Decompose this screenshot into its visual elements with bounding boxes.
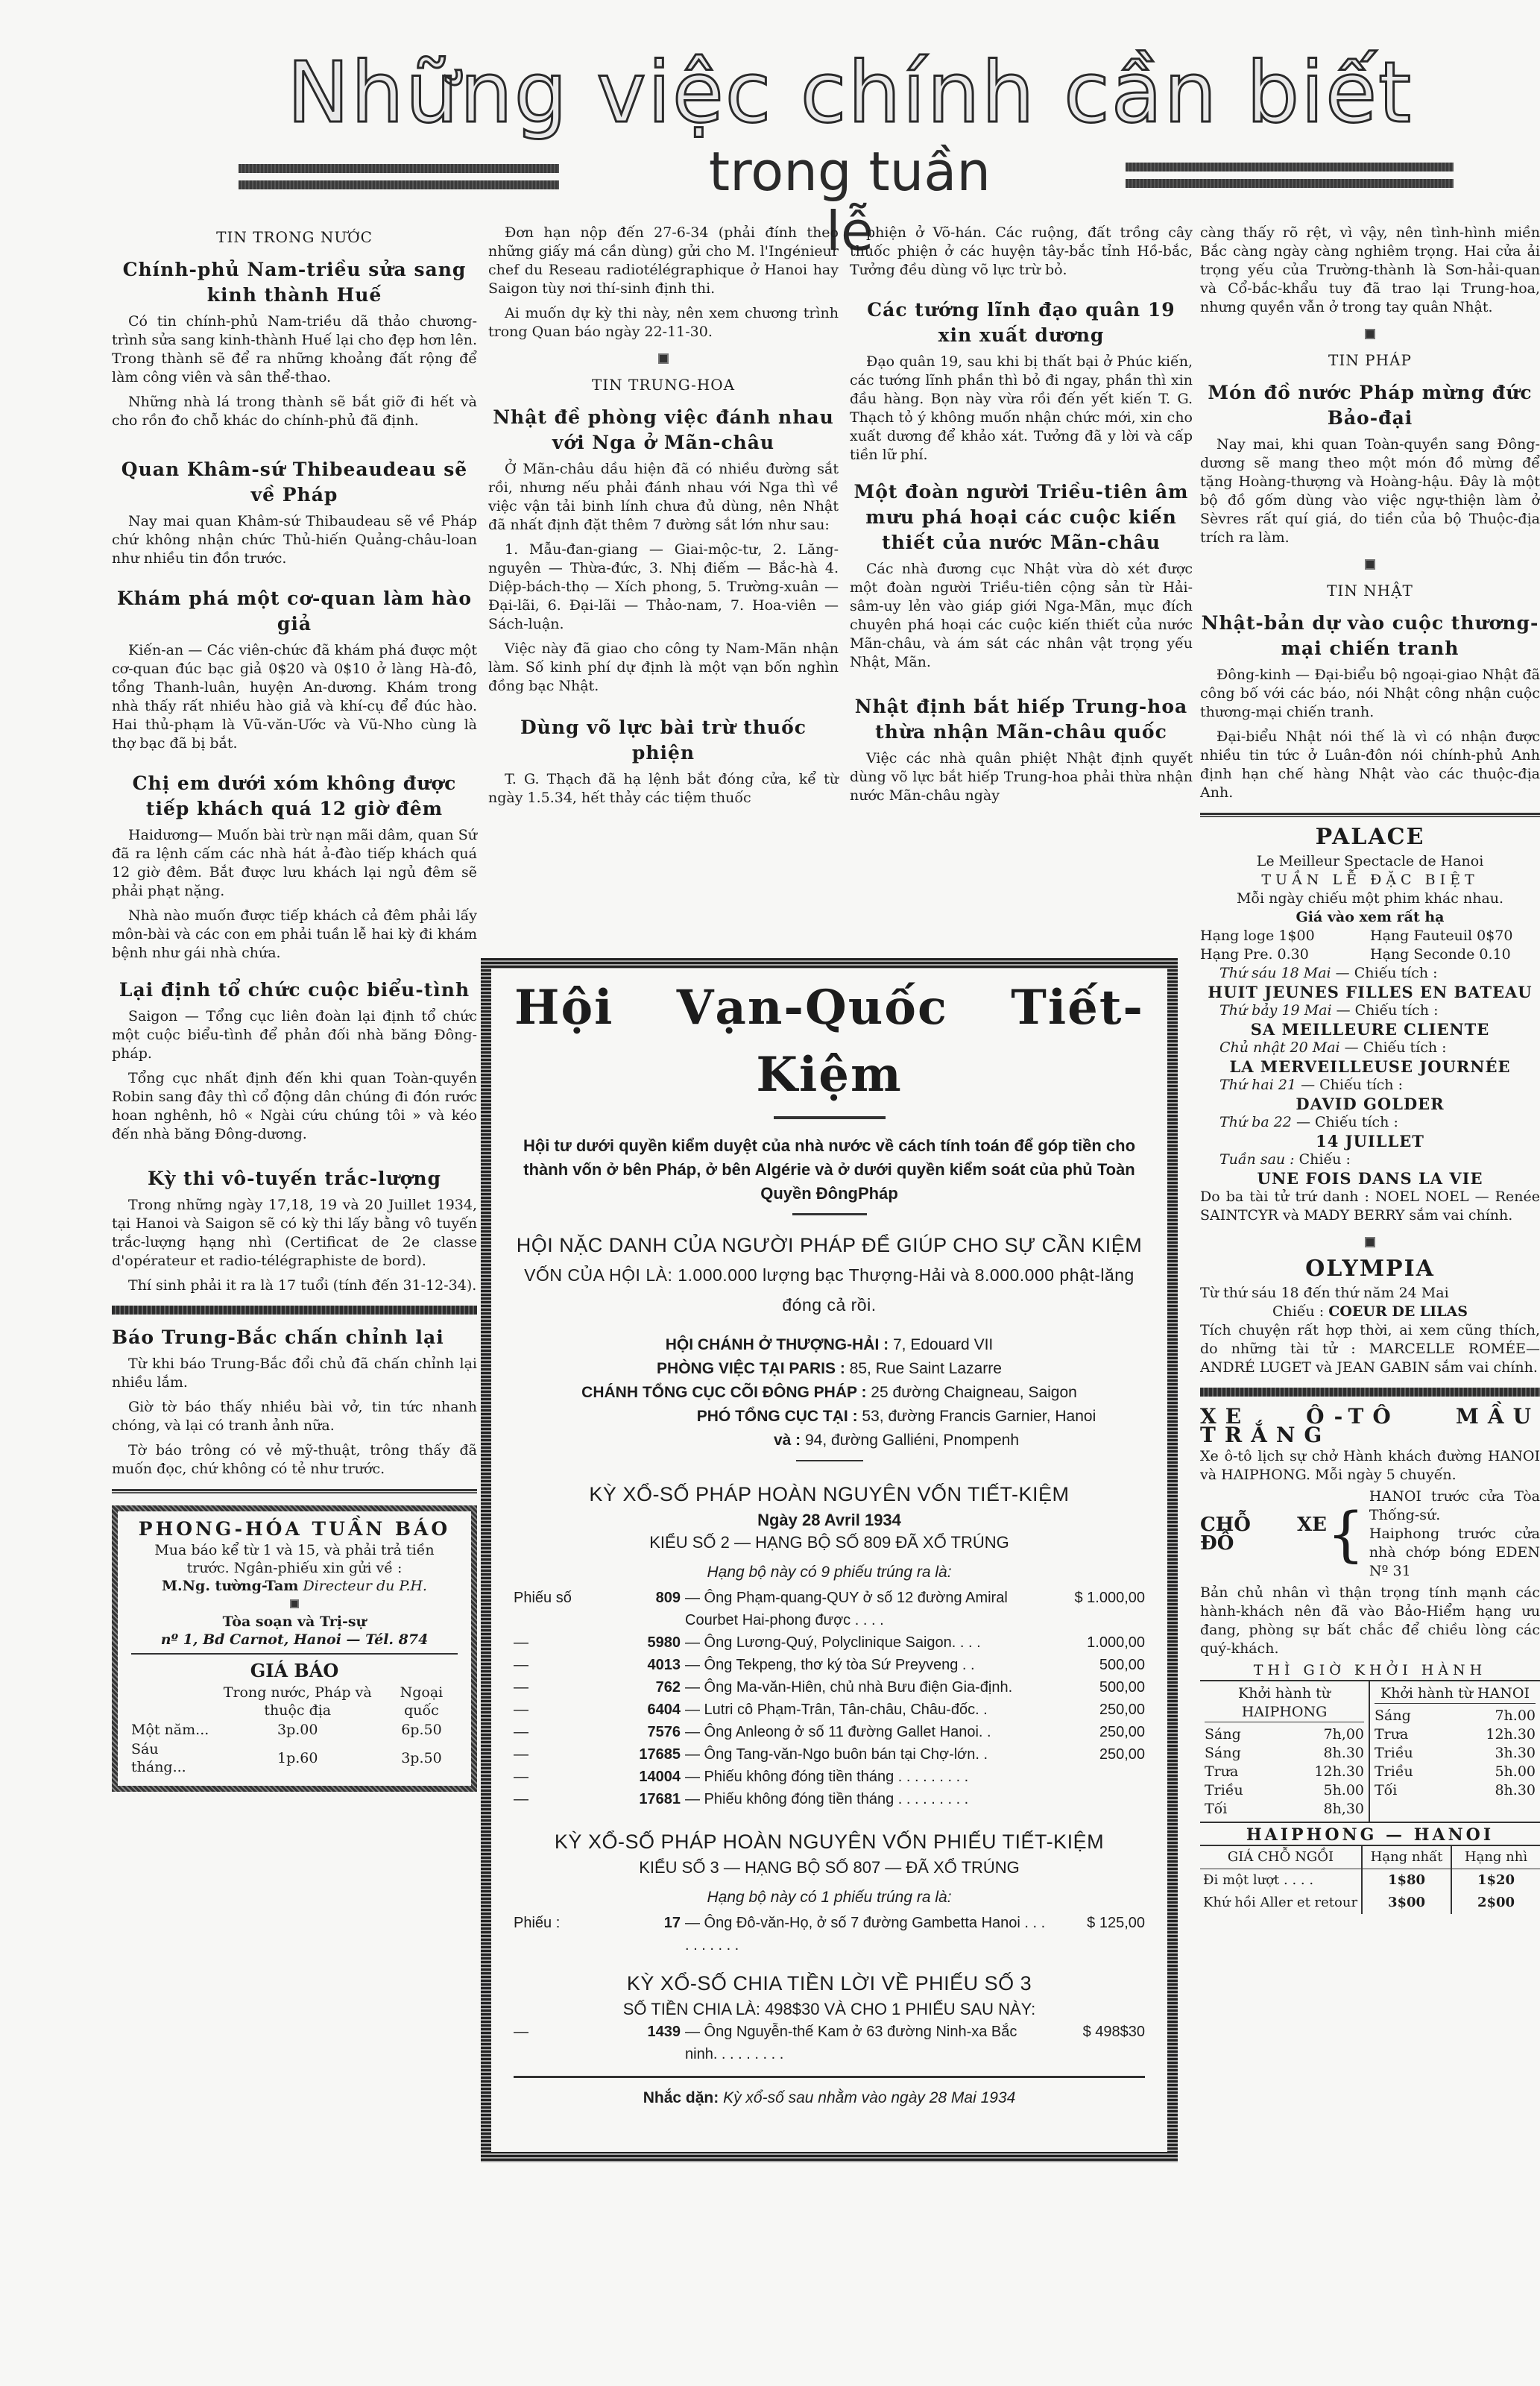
schedule-title: THÌ GIỜ KHỞI HÀNH xyxy=(1200,1661,1540,1681)
ornament-line xyxy=(774,1116,886,1119)
article-headline: Chị em dưới xóm không được tiếp khách qu… xyxy=(112,771,477,822)
screening: Tuần sau : Chiếu : UNE FOIS DANS LA VIE xyxy=(1200,1150,1540,1188)
winner-row: —7576— Ông Anleong ở số 11 đường Gallet … xyxy=(514,1721,1145,1743)
schedule-period: Tối xyxy=(1205,1800,1227,1819)
article-paragraph: Giờ tờ báo thấy nhiều bài vở, tin tức nh… xyxy=(112,1398,477,1435)
film-title: SA MEILLEURE CLIENTE xyxy=(1200,1020,1540,1039)
schedule-time: 8h.30 xyxy=(1323,1744,1364,1763)
ornament-icon xyxy=(290,1599,299,1608)
cinema-title: OLYMPIA xyxy=(1200,1259,1540,1278)
article-paragraph: Nhà nào muốn được tiếp khách cả đêm phải… xyxy=(112,907,477,963)
ornament-line xyxy=(796,1460,863,1461)
lottery-title: KỲ XỔ-SỐ CHIA TIỀN LỜI VỀ PHIẾU SỐ 3 xyxy=(514,1968,1145,1998)
winner-number: 1439 xyxy=(573,2021,685,2065)
article-paragraph: Việc các nhà quân phiệt Nhật định quyết … xyxy=(850,749,1193,805)
address-label: PHÓ TỔNG CỤC TẠI : xyxy=(697,1408,858,1425)
column-china-news-cont: phiện ở Võ-hán. Các ruộng, đất trồng cây… xyxy=(850,224,1193,811)
masthead-rule xyxy=(239,180,559,189)
winner-amount: 250,00 xyxy=(1048,1743,1145,1766)
schedule-period: Triều xyxy=(1375,1744,1413,1763)
olympia-cinema-ad: OLYMPIA Từ thứ sáu 18 đến thứ năm 24 Mai… xyxy=(1200,1259,1540,1377)
address-value: 53, đường Francis Garnier, Hanoi xyxy=(862,1408,1096,1425)
price-header: Ngoại quốc xyxy=(385,1683,458,1720)
article-paragraph: Tổng cục nhất định đến khi quan Toàn-quy… xyxy=(112,1069,477,1144)
winner-desc: — Ông Đô-văn-Họ, ở số 7 đường Gambetta H… xyxy=(685,1912,1048,1957)
screening: Thứ sáu 18 Mai — Chiếu tích : HUIT JEUNE… xyxy=(1200,964,1540,1001)
winner-amount: $ 1.000,00 xyxy=(1048,1587,1145,1631)
winner-number: 762 xyxy=(573,1676,685,1699)
price-label: Sáu tháng... xyxy=(131,1740,210,1777)
address-value: 7, Edouard VII xyxy=(893,1336,993,1353)
winner-desc: — Ông Phạm-quang-QUY ở số 12 đường Amira… xyxy=(685,1587,1048,1631)
route-title: HAIPHONG — HANOI xyxy=(1200,1826,1540,1846)
article-headline: Một đoàn người Triều-tiên âm mưu phá hoạ… xyxy=(850,479,1193,555)
article-paragraph: Đại-biểu Nhật nói thế là vì có nhận được… xyxy=(1200,728,1540,802)
article-paragraph: Thí sinh phải it ra là 17 tuổi (tính đến… xyxy=(112,1277,477,1295)
bus-insurance: Bản chủ nhân vì thận trọng tính mạnh các… xyxy=(1200,1584,1540,1658)
article-headline: Lại định tổ chức cuộc biểu-tình xyxy=(112,978,477,1003)
schedule-time: 8h.30 xyxy=(1495,1781,1536,1800)
winner-desc: — Ông Tang-văn-Ngo buôn bán tại Chợ-lớn.… xyxy=(685,1743,1048,1766)
winner-label: — xyxy=(514,1676,573,1699)
schedule-period: Triều xyxy=(1205,1781,1243,1800)
winner-desc: — Ông Lương-Quý, Polyclinique Saigon. . … xyxy=(685,1631,1048,1654)
cinema-prices: Hạng loge 1$00 Hạng Fauteuil 0$70 Hạng P… xyxy=(1200,927,1540,964)
lottery-title: KỲ XỔ-SỐ PHÁP HOÀN NGUYÊN VỐN TIẾT-KIỆM xyxy=(514,1479,1145,1509)
winner-desc: — Phiếu không đóng tiền tháng . . . . . … xyxy=(685,1788,1048,1810)
article: Chị em dưới xóm không được tiếp khách qu… xyxy=(112,771,477,963)
schedule-time: 5h.00 xyxy=(1495,1763,1536,1781)
cinema-desc: Tích chuyện rất hợp thời, ai xem cũng th… xyxy=(1200,1321,1540,1377)
address-label: PHÒNG VIỆC TẠI PARIS : xyxy=(657,1360,845,1377)
cinema-daily: Mỗi ngày chiếu một phim khác nhau. xyxy=(1200,890,1540,908)
winner-number: 4013 xyxy=(573,1654,685,1676)
lottery-note: Hạng bộ này có 9 phiếu trúng ra là: xyxy=(514,1561,1145,1584)
screening-label: — Chiếu tích : xyxy=(1296,1114,1398,1130)
winner-row: —17681— Phiếu không đóng tiền tháng . . … xyxy=(514,1788,1145,1810)
article-paragraph: 1. Mẫu-đan-giang — Giai-mộc-tư, 2. Lăng-… xyxy=(488,541,839,634)
schedule-time: 3h.30 xyxy=(1495,1744,1536,1763)
article-headline: Khám phá một cơ-quan làm hào giả xyxy=(112,586,477,637)
fare-second: 2$00 xyxy=(1451,1892,1540,1914)
article-paragraph: phiện ở Võ-hán. Các ruộng, đất trồng cây… xyxy=(850,224,1193,280)
article: Chính-phủ Nam-triều sửa sang kinh thành … xyxy=(112,257,477,430)
article-paragraph: Các nhà đương cục Nhật vừa dò xét được m… xyxy=(850,560,1193,672)
article: Báo Trung-Bắc chấn chỉnh lại Từ khi báo … xyxy=(112,1325,477,1479)
column-foreign-news: càng thấy rõ rệt, vì vậy, nên tình-hình … xyxy=(1200,224,1540,1914)
article-paragraph: Haidương— Muốn bài trừ nạn mãi dâm, quan… xyxy=(112,826,477,901)
bus-ad: XE Ô-TÔ MẦU TRẮNG Xe ô-tô lịch sự chở Hà… xyxy=(1200,1407,1540,1914)
article-headline: Nhật-bản dự vào cuộc thương-mại chiến tr… xyxy=(1200,611,1540,661)
bus-title: XE Ô-TÔ MẦU TRẮNG xyxy=(1200,1407,1540,1444)
divider xyxy=(1200,813,1540,817)
brace-icon: { xyxy=(1327,1505,1365,1564)
ornament-icon xyxy=(1365,1237,1375,1247)
winner-label: — xyxy=(514,1721,573,1743)
winner-label: — xyxy=(514,1631,573,1654)
film-title: HUIT JEUNES FILLES EN BATEAU xyxy=(1200,983,1540,1001)
article-headline: Nhật đề phòng việc đánh nhau với Nga ở M… xyxy=(488,405,839,456)
schedule-from-haiphong: Khởi hành từ HAIPHONG Sáng7h,00 Sáng8h.3… xyxy=(1200,1681,1370,1822)
article-paragraph: Saigon — Tổng cục liên đoàn lại định tổ … xyxy=(112,1007,477,1063)
article-headline: Báo Trung-Bắc chấn chỉnh lại xyxy=(112,1325,477,1350)
price-table: Trong nước, Pháp và thuộc địa Ngoại quốc… xyxy=(131,1683,458,1777)
lottery-date: Ngày 28 Avril 1934 xyxy=(514,1509,1145,1532)
article-paragraph: Việc này đã giao cho công ty Nam-Mãn nhậ… xyxy=(488,640,839,696)
page-title: Những việc chính cần biết xyxy=(239,45,1461,142)
section-label: TIN TRONG NƯỚC xyxy=(112,228,477,247)
fare-first: 1$80 xyxy=(1361,1869,1451,1892)
article-paragraph: Tờ báo trông có vẻ mỹ-thuật, trông thấy … xyxy=(112,1441,477,1479)
lottery-series: KIỂU SỐ 2 — HẠNG BỘ SỐ 809 ĐÃ XỔ TRÚNG xyxy=(514,1532,1145,1554)
divider xyxy=(514,2076,1145,2078)
savings-society-ad: Hội Vạn-Quốc Tiết-Kiệm Hội tư dưới quyền… xyxy=(481,958,1178,2162)
article-paragraph: Nay mai, khi quan Toàn-quyền sang Đông-d… xyxy=(1200,435,1540,547)
schedule-period: Sáng xyxy=(1205,1744,1241,1763)
schedule-period: Sáng xyxy=(1205,1725,1241,1744)
screening-day: Thứ ba 22 xyxy=(1219,1114,1292,1130)
article-headline: Nhật định bắt hiếp Trung-hoa thừa nhận M… xyxy=(850,694,1193,745)
article-headline: Kỳ thi vô-tuyến trắc-lượng xyxy=(112,1166,477,1192)
screening-label: — Chiếu tích : xyxy=(1337,1002,1439,1019)
bus-stops: CHỖ XE ĐỖ { HANOI trước cửa Tòa Thống-sứ… xyxy=(1200,1488,1540,1581)
winner-number: 17685 xyxy=(573,1743,685,1766)
cinema-price-note: Giá vào xem rất hạ xyxy=(1200,908,1540,927)
winner-row: —14004— Phiếu không đóng tiền tháng . . … xyxy=(514,1766,1145,1788)
article: Khám phá một cơ-quan làm hào giả Kiến-an… xyxy=(112,586,477,753)
winner-label: Phiếu số xyxy=(514,1587,573,1631)
schedule-period: Trưa xyxy=(1375,1725,1408,1744)
price-label: Một năm... xyxy=(131,1720,210,1740)
article-headline: Dùng võ lực bài trừ thuốc phiện xyxy=(488,715,839,766)
price-foreign: 6p.50 xyxy=(385,1720,458,1740)
price-row: Sáu tháng... 1p.60 3p.50 xyxy=(131,1740,458,1777)
address-label: và : xyxy=(774,1432,801,1449)
lottery-section: KỲ XỔ-SỐ PHÁP HOÀN NGUYÊN VỐN PHIẾU TIẾT… xyxy=(514,1827,1145,1957)
cinema-title: PALACE xyxy=(1200,828,1540,846)
ad-capital: VỐN CỦA HỘI LÀ: 1.000.000 lượng bạc Thượ… xyxy=(514,1260,1145,1320)
price-title: GIÁ BÁO xyxy=(131,1662,458,1680)
address-label: HỘI CHÁNH Ở THƯỢNG-HẢI : xyxy=(666,1336,889,1353)
winner-amount: 250,00 xyxy=(1048,1699,1145,1721)
address-value: 94, đường Galliéni, Pnompenh xyxy=(805,1432,1019,1449)
winner-desc: — Ông Nguyễn-thế Kam ở 63 đường Ninh-xa … xyxy=(685,2021,1048,2065)
article-paragraph: Trong những ngày 17,18, 19 và 20 Juillet… xyxy=(112,1196,477,1271)
winner-number: 17681 xyxy=(573,1788,685,1810)
film-title: COEUR DE LILAS xyxy=(1328,1303,1468,1320)
fare-table: GIÁ CHỖ NGỒI Hạng nhất Hạng nhì Đi một l… xyxy=(1200,1846,1540,1914)
cinema-special: TUẦN LỄ ĐẶC BIỆT xyxy=(1200,871,1540,890)
lottery-amount: SỐ TIỀN CHIA LÀ: 498$30 VÀ CHO 1 PHIẾU S… xyxy=(514,1998,1145,2021)
footer-text: Kỳ xổ-số sau nhằm vào ngày 28 Mai 1934 xyxy=(723,2089,1015,2106)
schedule-header: Khởi hành từ HANOI xyxy=(1375,1684,1536,1704)
article-paragraph: Ai muốn dự kỳ thi này, nên xem chương tr… xyxy=(488,304,839,341)
winner-label: — xyxy=(514,1699,573,1721)
cinema-tagline: Le Meilleur Spectacle de Hanoi xyxy=(1200,852,1540,871)
price-header: Trong nước, Pháp và thuộc địa xyxy=(210,1683,385,1720)
article-headline: Chính-phủ Nam-triều sửa sang kinh thành … xyxy=(112,257,477,308)
winner-number: 14004 xyxy=(573,1766,685,1788)
cinema-price: Hạng loge 1$00 xyxy=(1200,927,1370,945)
film-title: UNE FOIS DANS LA VIE xyxy=(1200,1169,1540,1188)
ornament-icon xyxy=(1365,559,1375,570)
screening: Chủ nhật 20 Mai — Chiếu tích : LA MERVEI… xyxy=(1200,1039,1540,1076)
winner-amount xyxy=(1048,1788,1145,1810)
bus-stop: Haiphong trước cửa nhà chớp bóng EDEN Nº… xyxy=(1369,1525,1540,1581)
subscription-director: M.Ng. tường-Tam Directeur du P.H. xyxy=(131,1577,458,1595)
cinema-price: Hạng Fauteuil 0$70 xyxy=(1370,927,1540,945)
winner-amount xyxy=(1048,1766,1145,1788)
article-headline: Món đồ nước Pháp mừng đức Bảo-đại xyxy=(1200,380,1540,431)
winner-desc: — Ông Anleong ở số 11 đường Gallet Hanoi… xyxy=(685,1721,1048,1743)
masthead-rule xyxy=(1126,179,1454,188)
winner-label: — xyxy=(514,1788,573,1810)
article: Nhật đề phòng việc đánh nhau với Nga ở M… xyxy=(488,405,839,696)
winner-amount: $ 498$30 xyxy=(1048,2021,1145,2065)
bus-stop: HANOI trước cửa Tòa Thống-sứ. xyxy=(1369,1488,1540,1525)
subscription-title: PHONG-HÓA TUẦN BÁO xyxy=(131,1520,458,1538)
article-paragraph: càng thấy rõ rệt, vì vậy, nên tình-hình … xyxy=(1200,224,1540,317)
screening-label: — Chiếu tích : xyxy=(1345,1039,1447,1056)
schedule-time: 8h,30 xyxy=(1323,1800,1364,1819)
address-label: CHÁNH TỔNG CỤC CÕI ĐÔNG PHÁP : xyxy=(581,1384,866,1401)
ornament-icon xyxy=(658,353,669,364)
divider xyxy=(1200,1388,1540,1397)
footer-label: Nhắc dặn: xyxy=(643,2089,719,2106)
ad-title: Hội Vạn-Quốc Tiết-Kiệm xyxy=(514,975,1145,1109)
lottery-section: KỲ XỔ-SỐ CHIA TIỀN LỜI VỀ PHIẾU SỐ 3 SỐ … xyxy=(514,1968,1145,2065)
article-paragraph: Những nhà lá trong thành sẽ bắt giỡ đi h… xyxy=(112,393,477,430)
fare-first: 3$00 xyxy=(1361,1892,1451,1914)
ornament-line xyxy=(792,1213,867,1215)
winner-number: 809 xyxy=(573,1587,685,1631)
article: Các tướng lĩnh đạo quân 19 xin xuất dươn… xyxy=(850,298,1193,465)
divider xyxy=(112,1489,477,1493)
cinema-price: Hạng Pre. 0.30 xyxy=(1200,945,1370,964)
winner-label: Phiếu : xyxy=(514,1912,573,1957)
screening: Thứ bảy 19 Mai — Chiếu tích : SA MEILLEU… xyxy=(1200,1001,1540,1039)
screening-day: Thứ sáu 18 Mai xyxy=(1219,965,1331,981)
fare-header: Hạng nhất xyxy=(1361,1846,1451,1869)
director-title: Directeur du P.H. xyxy=(303,1578,427,1594)
schedule-header: Khởi hành từ HAIPHONG xyxy=(1205,1684,1364,1722)
winner-desc: — Ông Ma-văn-Hiên, chủ nhà Bưu điện Gia-… xyxy=(685,1676,1048,1699)
article: Lại định tổ chức cuộc biểu-tình Saigon —… xyxy=(112,978,477,1144)
subscription-text: Mua báo kể từ 1 và 15, và phải trả tiền … xyxy=(131,1541,458,1577)
article-paragraph: Có tin chính-phủ Nam-triều dã thảo chươn… xyxy=(112,312,477,387)
bus-intro: Xe ô-tô lịch sự chở Hành khách đường HAN… xyxy=(1200,1447,1540,1485)
winner-row: —17685— Ông Tang-văn-Ngo buôn bán tại Ch… xyxy=(514,1743,1145,1766)
film-title: LA MERVEILLEUSE JOURNÉE xyxy=(1200,1057,1540,1076)
winner-amount: $ 125,00 xyxy=(1048,1912,1145,1957)
article: Dùng võ lực bài trừ thuốc phiện T. G. Th… xyxy=(488,715,839,808)
film-title: 14 JUILLET xyxy=(1200,1132,1540,1150)
masthead-rule xyxy=(239,164,559,173)
section-label: TIN PHÁP xyxy=(1200,351,1540,370)
article-paragraph: T. G. Thạch đã hạ lệnh bắt đóng cửa, kể … xyxy=(488,770,839,808)
fare-second: 1$20 xyxy=(1451,1869,1540,1892)
schedule-time: 7h.00 xyxy=(1495,1707,1536,1725)
film-label: Chiếu : xyxy=(1272,1303,1324,1320)
masthead-rule xyxy=(1126,163,1454,171)
winner-label: — xyxy=(514,2021,573,2065)
director-name: M.Ng. tường-Tam xyxy=(162,1578,298,1594)
ad-addresses: HỘI CHÁNH Ở THƯỢNG-HẢI : 7, Edouard VII … xyxy=(514,1333,1145,1452)
article-paragraph: Từ khi báo Trung-Bắc đổi chủ đã chấn chỉ… xyxy=(112,1355,477,1392)
schedule-period: Tối xyxy=(1375,1781,1397,1800)
winner-row: —6404— Lutri cô Phạm-Trân, Tân-châu, Châ… xyxy=(514,1699,1145,1721)
screening-day: Thứ hai 21 xyxy=(1219,1077,1296,1093)
palace-cinema-ad: PALACE Le Meilleur Spectacle de Hanoi TU… xyxy=(1200,828,1540,1225)
screening-label: Chiếu : xyxy=(1299,1151,1351,1168)
bus-stop-label: CHỖ XE ĐỖ xyxy=(1200,1516,1327,1553)
cinema-cast: Do ba tài tử trứ danh : NOEL NOEL — René… xyxy=(1200,1188,1540,1225)
article-headline: Quan Khâm-sứ Thibeaudeau sẽ về Pháp xyxy=(112,457,477,508)
winner-number: 6404 xyxy=(573,1699,685,1721)
screening-label: — Chiếu tích : xyxy=(1301,1077,1403,1093)
fare-label: Đi một lượt . . . . xyxy=(1200,1869,1361,1892)
winner-desc: — Phiếu không đóng tiền tháng . . . . . … xyxy=(685,1766,1048,1788)
schedule-from-hanoi: Khởi hành từ HANOI Sáng7h.00 Trưa12h.30 … xyxy=(1370,1681,1540,1822)
price-domestic: 1p.60 xyxy=(210,1740,385,1777)
schedule-time: 12h.30 xyxy=(1486,1725,1536,1744)
article: Kỳ thi vô-tuyến trắc-lượng Trong những n… xyxy=(112,1166,477,1295)
screening: Thứ hai 21 — Chiếu tích : DAVID GOLDER xyxy=(1200,1076,1540,1113)
article-paragraph: Kiến-an — Các viên-chức đã khám phá được… xyxy=(112,641,477,753)
screening-label: — Chiếu tích : xyxy=(1336,965,1438,981)
schedule-period: Triều xyxy=(1375,1763,1413,1781)
winner-desc: — Lutri cô Phạm-Trân, Tân-châu, Châu-đốc… xyxy=(685,1699,1048,1721)
schedule-time: 12h.30 xyxy=(1314,1763,1364,1781)
cinema-price: Hạng Seconde 0.10 xyxy=(1370,945,1540,964)
column-china-news: Đơn hạn nộp đến 27-6-34 (phải đính theo … xyxy=(488,224,839,813)
ad-footer-note: Nhắc dặn: Kỳ xổ-số sau nhằm vào ngày 28 … xyxy=(514,2087,1145,2109)
article-paragraph: Đạo quân 19, sau khi bị thất bại ở Phúc … xyxy=(850,353,1193,465)
lottery-section: KỲ XỔ-SỐ PHÁP HOÀN NGUYÊN VỐN TIẾT-KIỆM … xyxy=(514,1479,1145,1810)
film-title: DAVID GOLDER xyxy=(1200,1095,1540,1113)
fare-header: GIÁ CHỖ NGỒI xyxy=(1200,1846,1361,1869)
article-paragraph: Nay mai quan Khâm-sứ Thibaudeau sẽ về Ph… xyxy=(112,512,477,568)
winner-number: 7576 xyxy=(573,1721,685,1743)
screening-day: Tuần sau : xyxy=(1219,1151,1295,1168)
winner-row: —762— Ông Ma-văn-Hiên, chủ nhà Bưu điện … xyxy=(514,1676,1145,1699)
ad-intro: Hội tư dưới quyền kiểm duyệt của nhà nướ… xyxy=(514,1134,1145,1206)
ad-society: HỘI NẶC DANH CỦA NGƯỜI PHÁP ĐỂ GIÚP CHO … xyxy=(514,1230,1145,1260)
winner-row: —5980— Ông Lương-Quý, Polyclinique Saigo… xyxy=(514,1631,1145,1654)
divider xyxy=(112,1306,477,1315)
article-paragraph: Ở Mãn-châu dầu hiện đã có nhiều đường sắ… xyxy=(488,460,839,535)
winner-amount: 250,00 xyxy=(1048,1721,1145,1743)
winner-number: 5980 xyxy=(573,1631,685,1654)
subscription-box: PHONG-HÓA TUẦN BÁO Mua báo kể từ 1 và 15… xyxy=(112,1505,477,1792)
winner-amount: 1.000,00 xyxy=(1048,1631,1145,1654)
article: Một đoàn người Triều-tiên âm mưu phá hoạ… xyxy=(850,479,1193,672)
schedule-table: Khởi hành từ HAIPHONG Sáng7h,00 Sáng8h.3… xyxy=(1200,1681,1540,1823)
winner-label: — xyxy=(514,1654,573,1676)
schedule-period: Trưa xyxy=(1205,1763,1238,1781)
address-value: 25 đường Chaigneau, Saigon xyxy=(871,1384,1077,1401)
price-domestic: 3p.00 xyxy=(210,1720,385,1740)
office-label: Tòa soạn và Trị-sự xyxy=(131,1613,458,1631)
section-label: TIN TRUNG-HOA xyxy=(488,376,839,394)
winner-desc: — Ông Tekpeng, thơ ký tòa Sứ Preyveng . … xyxy=(685,1654,1048,1676)
winner-number: 17 xyxy=(573,1912,685,1957)
winner-label: — xyxy=(514,1766,573,1788)
masthead: Những việc chính cần biết trong tuần lễ xyxy=(239,45,1461,194)
lottery-series: KIỂU SỐ 3 — HẠNG BỘ SỐ 807 — ĐÃ XỔ TRÚNG xyxy=(514,1857,1145,1879)
cinema-dates: Từ thứ sáu 18 đến thứ năm 24 Mai xyxy=(1200,1284,1540,1303)
winner-row: Phiếu số809— Ông Phạm-quang-QUY ở số 12 … xyxy=(514,1587,1145,1631)
schedule-time: 5h.00 xyxy=(1323,1781,1364,1800)
fare-label: Khứ hồi Aller et retour xyxy=(1200,1892,1361,1914)
fare-header: Hạng nhì xyxy=(1451,1846,1540,1869)
lottery-title: KỲ XỔ-SỐ PHÁP HOÀN NGUYÊN VỐN PHIẾU TIẾT… xyxy=(514,1827,1145,1857)
lottery-note: Hạng bộ này có 1 phiếu trúng ra là: xyxy=(514,1886,1145,1909)
section-label: TIN NHẬT xyxy=(1200,582,1540,600)
screening-day: Thứ bảy 19 Mai xyxy=(1219,1002,1332,1019)
price-foreign: 3p.50 xyxy=(385,1740,458,1777)
article-headline: Các tướng lĩnh đạo quân 19 xin xuất dươn… xyxy=(850,298,1193,348)
winner-row: —1439— Ông Nguyễn-thế Kam ở 63 đường Nin… xyxy=(514,2021,1145,2065)
address-value: 85, Rue Saint Lazarre xyxy=(850,1360,1002,1377)
winner-amount: 500,00 xyxy=(1048,1676,1145,1699)
ornament-icon xyxy=(1365,329,1375,339)
article: Nhật định bắt hiếp Trung-hoa thừa nhận M… xyxy=(850,694,1193,805)
screening: Thứ ba 22 — Chiếu tích : 14 JUILLET xyxy=(1200,1113,1540,1150)
office-address: nº 1, Bd Carnot, Hanoi — Tél. 874 xyxy=(131,1631,458,1649)
schedule-period: Sáng xyxy=(1375,1707,1411,1725)
winner-label: — xyxy=(514,1743,573,1766)
article-paragraph: Đông-kinh — Đại-biểu bộ ngoại-giao Nhật … xyxy=(1200,666,1540,722)
winner-amount: 500,00 xyxy=(1048,1654,1145,1676)
article: Quan Khâm-sứ Thibeaudeau sẽ về Pháp Nay … xyxy=(112,457,477,568)
winner-row: Phiếu :17— Ông Đô-văn-Họ, ở số 7 đường G… xyxy=(514,1912,1145,1957)
schedule-time: 7h,00 xyxy=(1323,1725,1364,1744)
price-row: Một năm... 3p.00 6p.50 xyxy=(131,1720,458,1740)
column-domestic-news: TIN TRONG NƯỚC Chính-phủ Nam-triều sửa s… xyxy=(112,224,477,1792)
article-paragraph: Đơn hạn nộp đến 27-6-34 (phải đính theo … xyxy=(488,224,839,298)
winner-row: —4013— Ông Tekpeng, thơ ký tòa Sứ Preyve… xyxy=(514,1654,1145,1676)
screening-day: Chủ nhật 20 Mai xyxy=(1219,1039,1340,1056)
